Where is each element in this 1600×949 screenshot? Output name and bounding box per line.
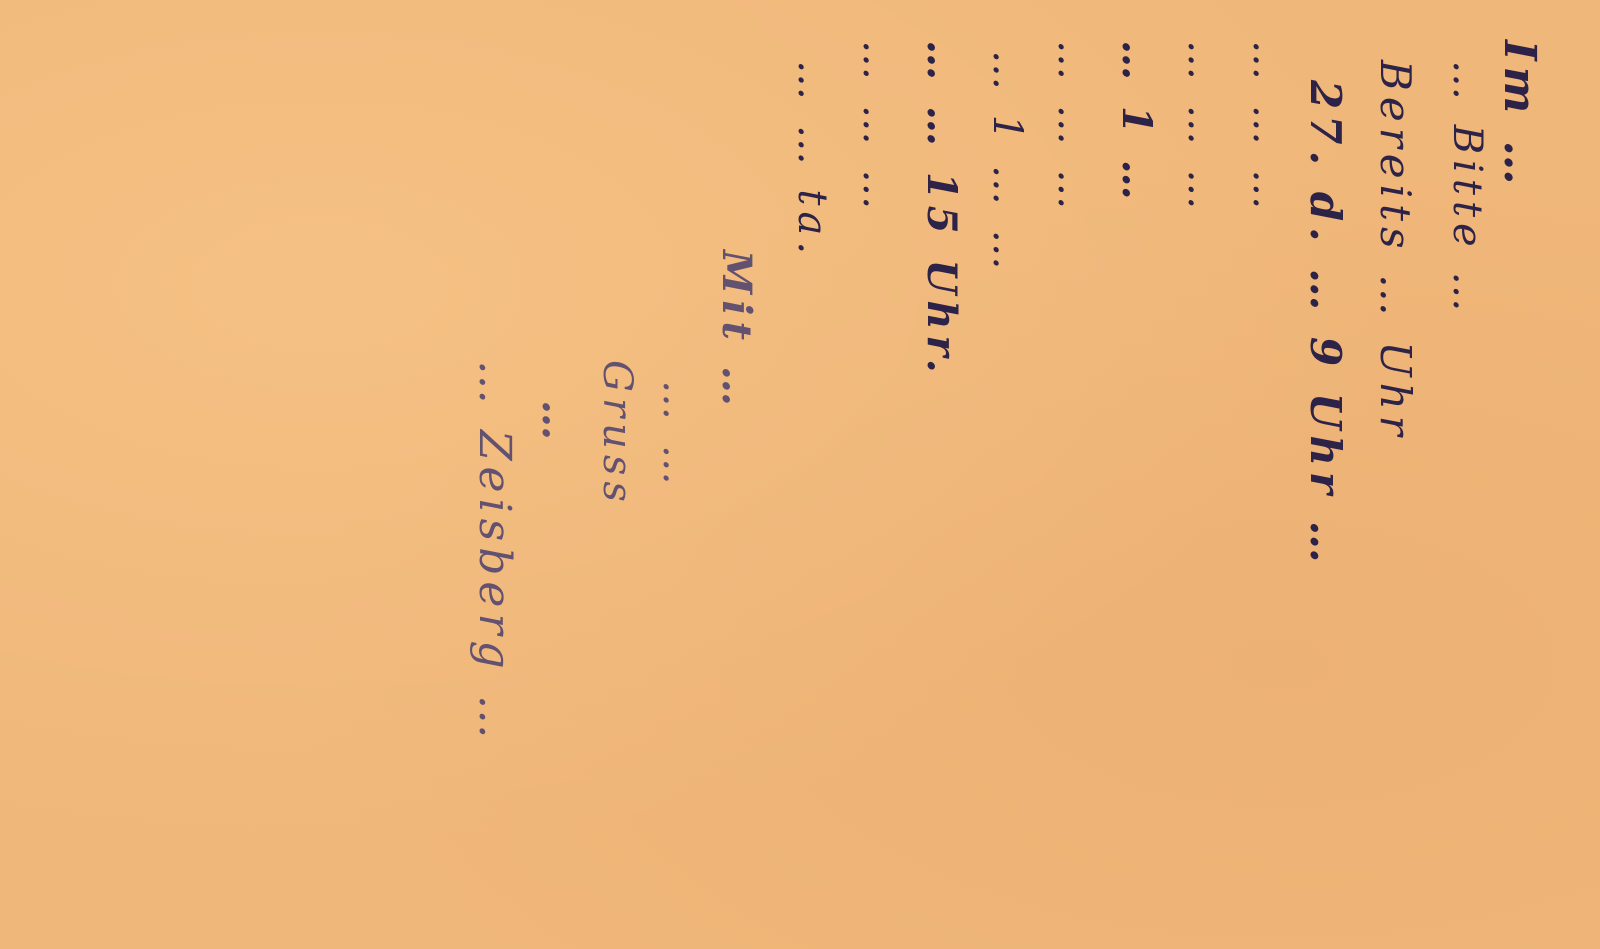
handwritten-line: Bereits … Uhr <box>1371 60 1420 442</box>
postcard: Im …… Bitte … Bereits … Uhr27. d. … 9 Uh… <box>0 0 1600 949</box>
handwritten-line: … <box>533 400 580 446</box>
handwritten-line: … 1 … <box>1113 40 1160 206</box>
handwritten-line: … Bitte … <box>1444 60 1490 317</box>
signature: … Zeisberg … <box>469 360 520 745</box>
handwritten-line: Im … <box>1494 40 1545 190</box>
handwritten-line: … … … <box>1244 40 1290 215</box>
handwritten-line: 27. d. … 9 Uhr … <box>1301 80 1350 569</box>
handwritten-line: … … <box>654 380 700 491</box>
handwritten-line: Mit … <box>713 250 760 412</box>
handwritten-line: … … … <box>1049 40 1095 215</box>
handwritten-line: … … 15 Uhr. <box>918 40 965 379</box>
handwritten-line: Gruss <box>594 360 640 508</box>
handwritten-line: … … … <box>1179 40 1225 215</box>
handwritten-line: … … … <box>854 40 900 215</box>
handwritten-line: … 1 … … <box>984 50 1030 276</box>
handwritten-line: … … ta. <box>789 60 835 260</box>
